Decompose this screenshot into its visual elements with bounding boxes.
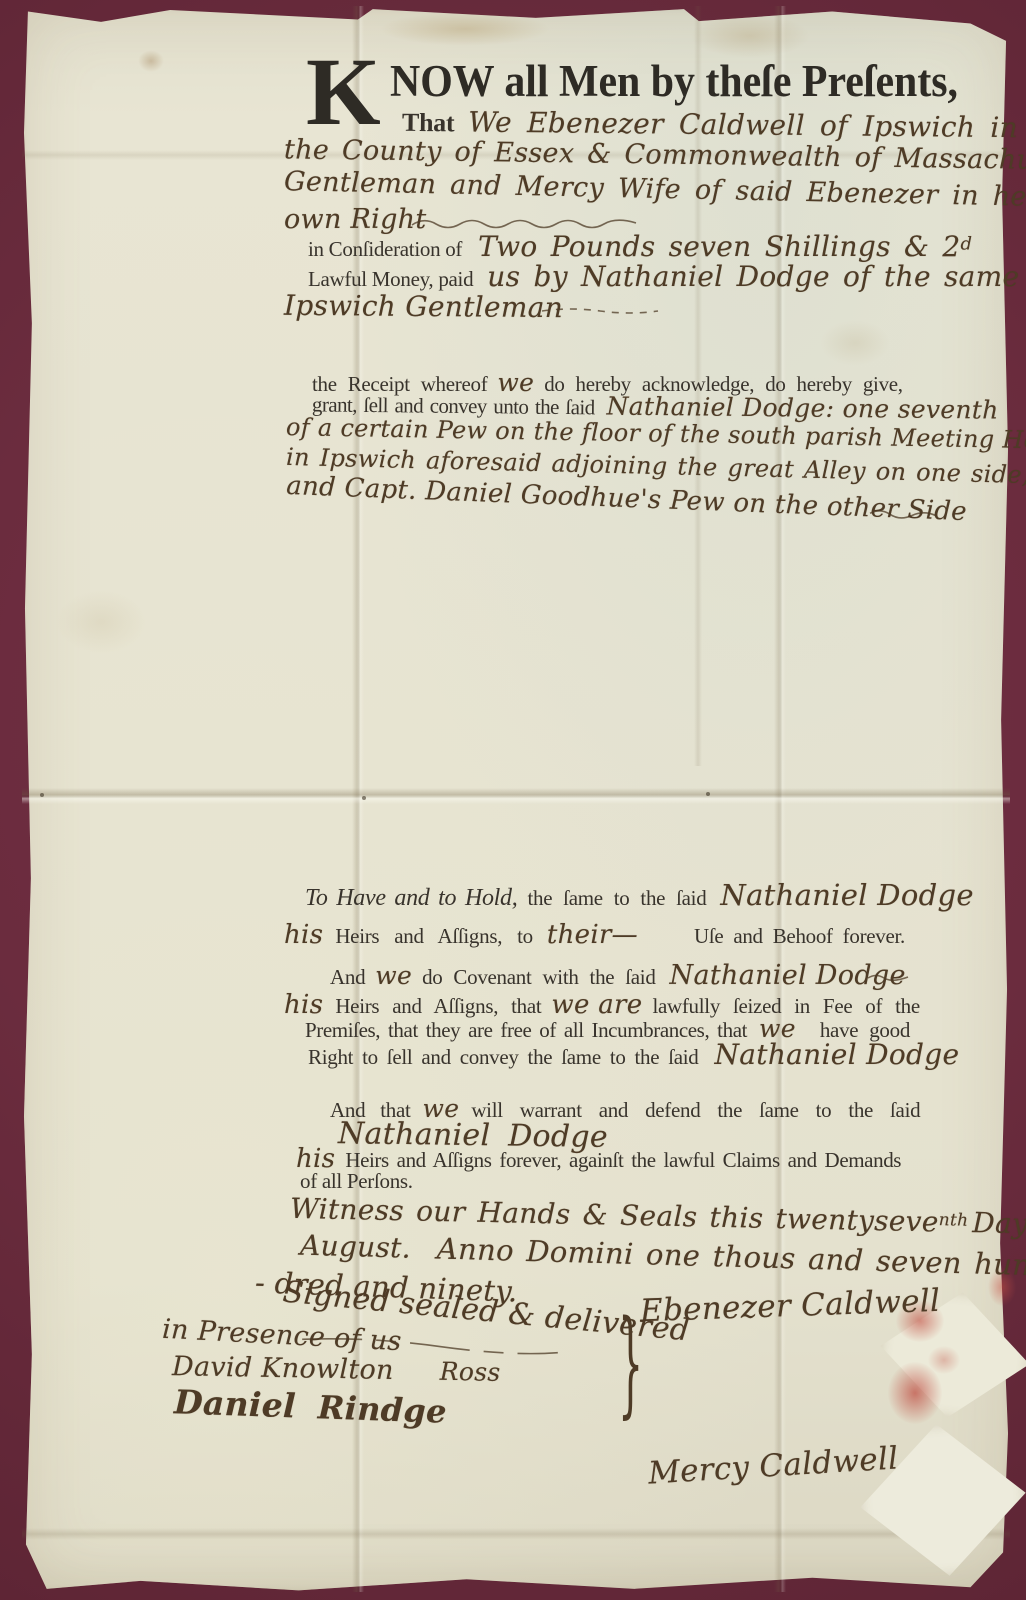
money-line: Lawful Money, paid us by Nathaniel Dodge… — [308, 262, 1019, 291]
witness-ross: Ross — [440, 1357, 501, 1387]
grantee-script: Nathaniel Dodge — [720, 878, 973, 912]
heirs-forever-printed: Heirs and Aſſigns forever, againſt the l… — [345, 1148, 901, 1172]
payer-script: us by Nathaniel Dodge of the same — [487, 260, 1019, 293]
and-printed: And — [330, 965, 365, 989]
witness-rindge: Rindge — [317, 1388, 447, 1430]
habendum-line-2: his Heirs and Aſſigns, to their— Uſe and… — [284, 922, 905, 949]
ink-dot — [362, 796, 366, 800]
flourish-wave — [866, 972, 910, 984]
document-title: NOW all Men by theſe Preſents, — [390, 58, 958, 105]
consideration-line: in Conſideration of Two Pounds seven Shi… — [308, 232, 972, 261]
premises-printed: Premiſes, that they are free of all Incu… — [305, 1018, 747, 1042]
use-behoof-printed: Uſe and Behoof forever. — [694, 924, 905, 948]
covenant-line-4: Right to ſell and convey the ſame to the… — [308, 1040, 959, 1069]
nth-superscript: nth — [939, 1210, 969, 1231]
consideration-label: in Conſideration of — [308, 237, 462, 261]
heirs-assigns-printed: Heirs and Aſſigns, to — [335, 924, 533, 948]
ink-dot — [706, 792, 710, 796]
consideration-amount: Two Pounds seven Shillings & 2 — [478, 230, 960, 263]
closing-brace: } — [618, 1306, 643, 1427]
consideration-superscript: d — [961, 234, 973, 255]
ink-dot — [40, 793, 44, 797]
right-to-sell-printed: Right to ſell and convey the ſame to the… — [308, 1045, 699, 1069]
habendum-line-1: To Have and to Hold, the ſame to the ſai… — [305, 880, 974, 911]
witness-david-knowlton: David Knowlton — [172, 1351, 394, 1386]
warranty-line-4: of all Perſons. — [300, 1170, 413, 1192]
covenant-printed: do Covenant with the ſaid — [422, 965, 655, 989]
august-script: August. — [300, 1229, 412, 1265]
their-script: their— — [547, 920, 638, 950]
grantee-script: Nathaniel Dodge — [715, 1038, 960, 1071]
that-label: That — [402, 108, 455, 138]
habendum-printed: the ſame to the ſaid — [527, 886, 706, 910]
witness-signature-1: David Knowlton Ross — [172, 1353, 501, 1387]
photo-background: K NOW all Men by theſe Preſents, That We… — [0, 0, 1026, 1600]
to-have-and-hold-label: To Have and to Hold, — [305, 885, 517, 911]
drop-cap-k: K — [306, 44, 381, 140]
covenant-line-1: And we do Covenant with the ſaid Nathani… — [330, 962, 906, 990]
we-script: we — [375, 961, 412, 990]
opening-line-4: own Right — [284, 206, 427, 234]
covenant-printed-b: Heirs and Aſſigns, that — [335, 994, 541, 1018]
witness-daniel: Daniel — [173, 1382, 296, 1425]
lawful-money-label: Lawful Money, paid — [308, 267, 473, 291]
witness-script-b: Day of — [972, 1206, 1026, 1241]
opening-line-7: Ipswich Gentleman — [284, 291, 563, 323]
flourish-dots — [540, 306, 660, 316]
his-script: his — [284, 920, 323, 950]
